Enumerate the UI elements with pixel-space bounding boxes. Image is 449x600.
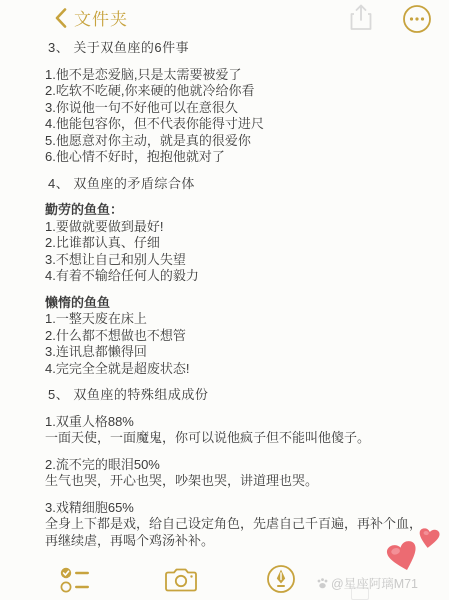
note-body: 3、 关于双鱼座的6件事1.他不是恋爱脑,只是太需要被爱了2.吃软不吃硬,你来硬… xyxy=(45,40,423,549)
note-heading: 4、 双鱼座的矛盾综合体 xyxy=(45,176,423,193)
notes-app-window: 文件夹 3、 关于双鱼座的6件事1.他不是恋爱脑,只是太需要被爱了2.吃软不吃硬… xyxy=(0,0,449,600)
note-heading: 5、 双鱼座的特殊组成成份 xyxy=(45,387,423,404)
note-gap xyxy=(45,57,423,67)
note-line: 2.什么都不想做也不想管 xyxy=(45,328,423,345)
checklist-icon xyxy=(60,566,96,594)
note-gap xyxy=(45,166,423,176)
note-line: 1.要做就要做到最好! xyxy=(45,219,423,236)
note-line: 1.一整天废在床上 xyxy=(45,311,423,328)
note-line: 3.不想让自己和别人失望 xyxy=(45,252,423,269)
share-button[interactable] xyxy=(349,4,373,31)
folder-back-label: 文件夹 xyxy=(74,5,128,30)
markup-button[interactable] xyxy=(266,564,296,594)
note-line: 生气也哭，开心也哭，吵架也哭，讲道理也哭。 xyxy=(45,473,423,490)
note-line: 1.双重人格88% xyxy=(45,414,423,431)
note-line: 2.比谁都认真、仔细 xyxy=(45,235,423,252)
note-line: 6.他心情不好时，抱抱他就对了 xyxy=(45,149,423,166)
note-line: 3.连讯息都懒得回 xyxy=(45,344,423,361)
note-line: 1.他不是恋爱脑,只是太需要被爱了 xyxy=(45,67,423,84)
note-line: 3.戏精细胞65% xyxy=(45,500,423,517)
note-line: 3.你说他一句不好他可以在意很久 xyxy=(45,100,423,117)
more-options-button[interactable] xyxy=(402,4,432,34)
camera-icon xyxy=(164,567,198,593)
note-gap xyxy=(45,285,423,295)
note-line: 4.有着不输给任何人的毅力 xyxy=(45,268,423,285)
note-gap xyxy=(45,447,423,457)
note-gap xyxy=(45,192,423,202)
back-button[interactable]: 文件夹 xyxy=(55,5,128,30)
bottom-toolbar xyxy=(0,558,449,600)
markup-pen-icon xyxy=(266,564,296,594)
note-gap xyxy=(45,404,423,414)
note-gap xyxy=(45,377,423,387)
ellipsis-circle-icon xyxy=(402,4,432,34)
checklist-button[interactable] xyxy=(60,566,96,594)
camera-button[interactable] xyxy=(164,567,198,593)
note-line: 2.流不完的眼泪50% xyxy=(45,457,423,474)
note-subhead: 懒惰的鱼鱼 xyxy=(45,295,423,312)
note-line: 2.吃软不吃硬,你来硬的他就冷给你看 xyxy=(45,83,423,100)
note-line: 一面天使，一面魔鬼，你可以说他疯子但不能叫他傻子。 xyxy=(45,430,423,447)
note-subhead: 勤劳的鱼鱼： xyxy=(45,202,423,219)
note-line: 5.他愿意对你主动，就是真的很爱你 xyxy=(45,133,423,150)
note-heading: 3、 关于双鱼座的6件事 xyxy=(45,40,423,57)
note-gap xyxy=(45,490,423,500)
note-line: 4.他能包容你，但不代表你能得寸进尺 xyxy=(45,116,423,133)
header-bar: 文件夹 xyxy=(0,0,449,36)
note-line: 4.完完全全就是超废状态! xyxy=(45,361,423,378)
share-icon xyxy=(349,4,373,31)
watermark-logo-box xyxy=(351,587,369,600)
note-line: 全身上下都是戏，给自己设定角色，先虐自己千百遍，再补个血，再继续虐，再喝个鸡汤补… xyxy=(45,516,423,549)
chevron-left-icon xyxy=(55,8,67,28)
